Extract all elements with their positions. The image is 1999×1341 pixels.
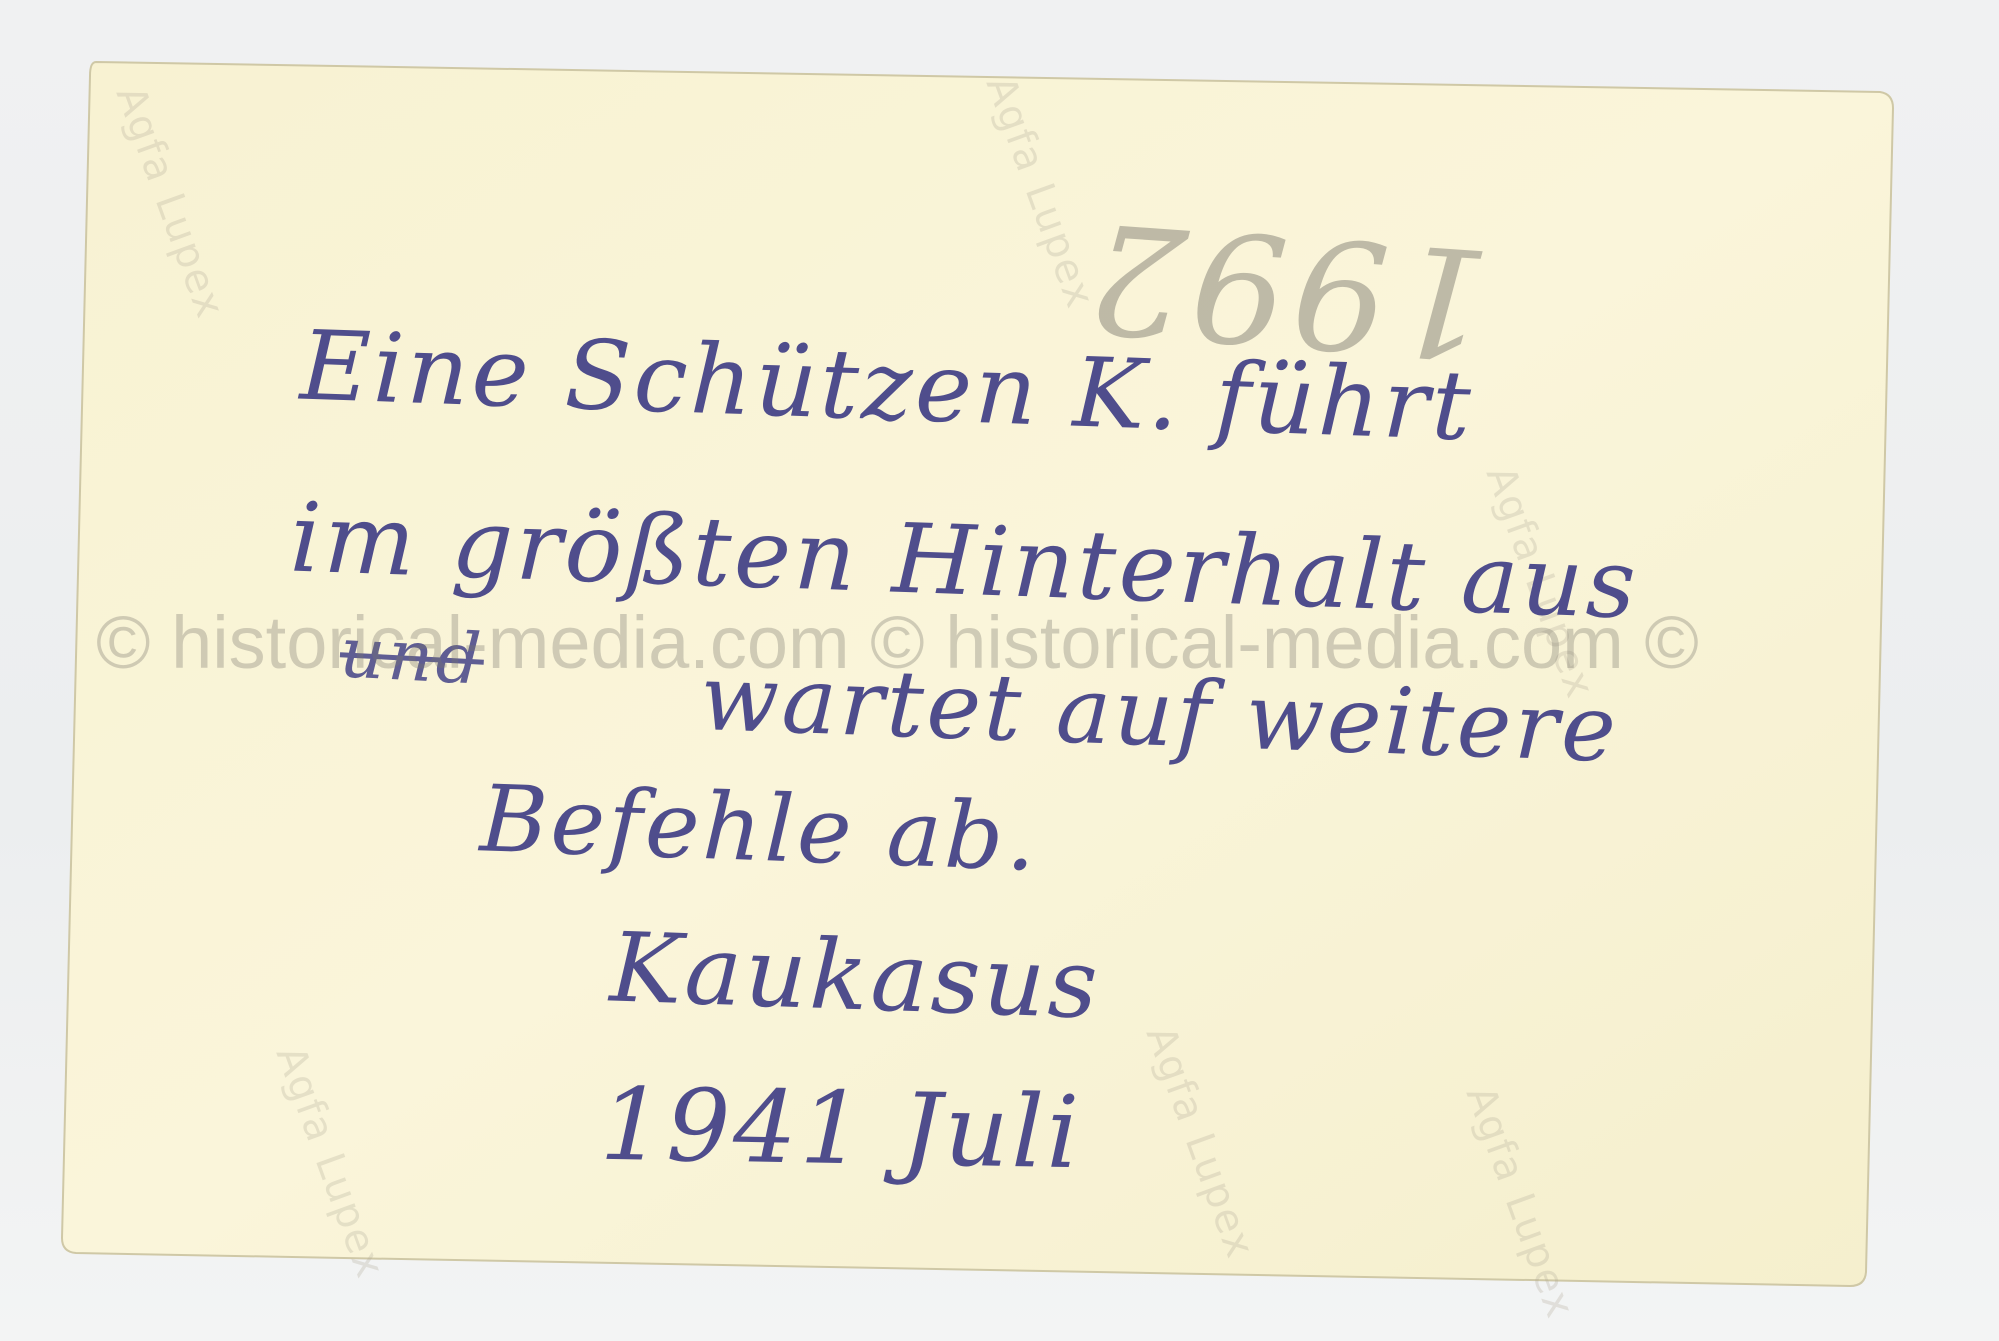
handwriting-line-4: Befehle ab.: [478, 765, 1040, 891]
watermark: © historical-media.com © historical-medi…: [96, 598, 1896, 688]
handwriting-line-6: 1941 Juli: [599, 1066, 1083, 1191]
handwriting-line-5: Kaukasus: [608, 911, 1102, 1040]
photo-card-back: Agfa Lupex Agfa Lupex Agfa Lupex Agfa Lu…: [0, 0, 1999, 1341]
